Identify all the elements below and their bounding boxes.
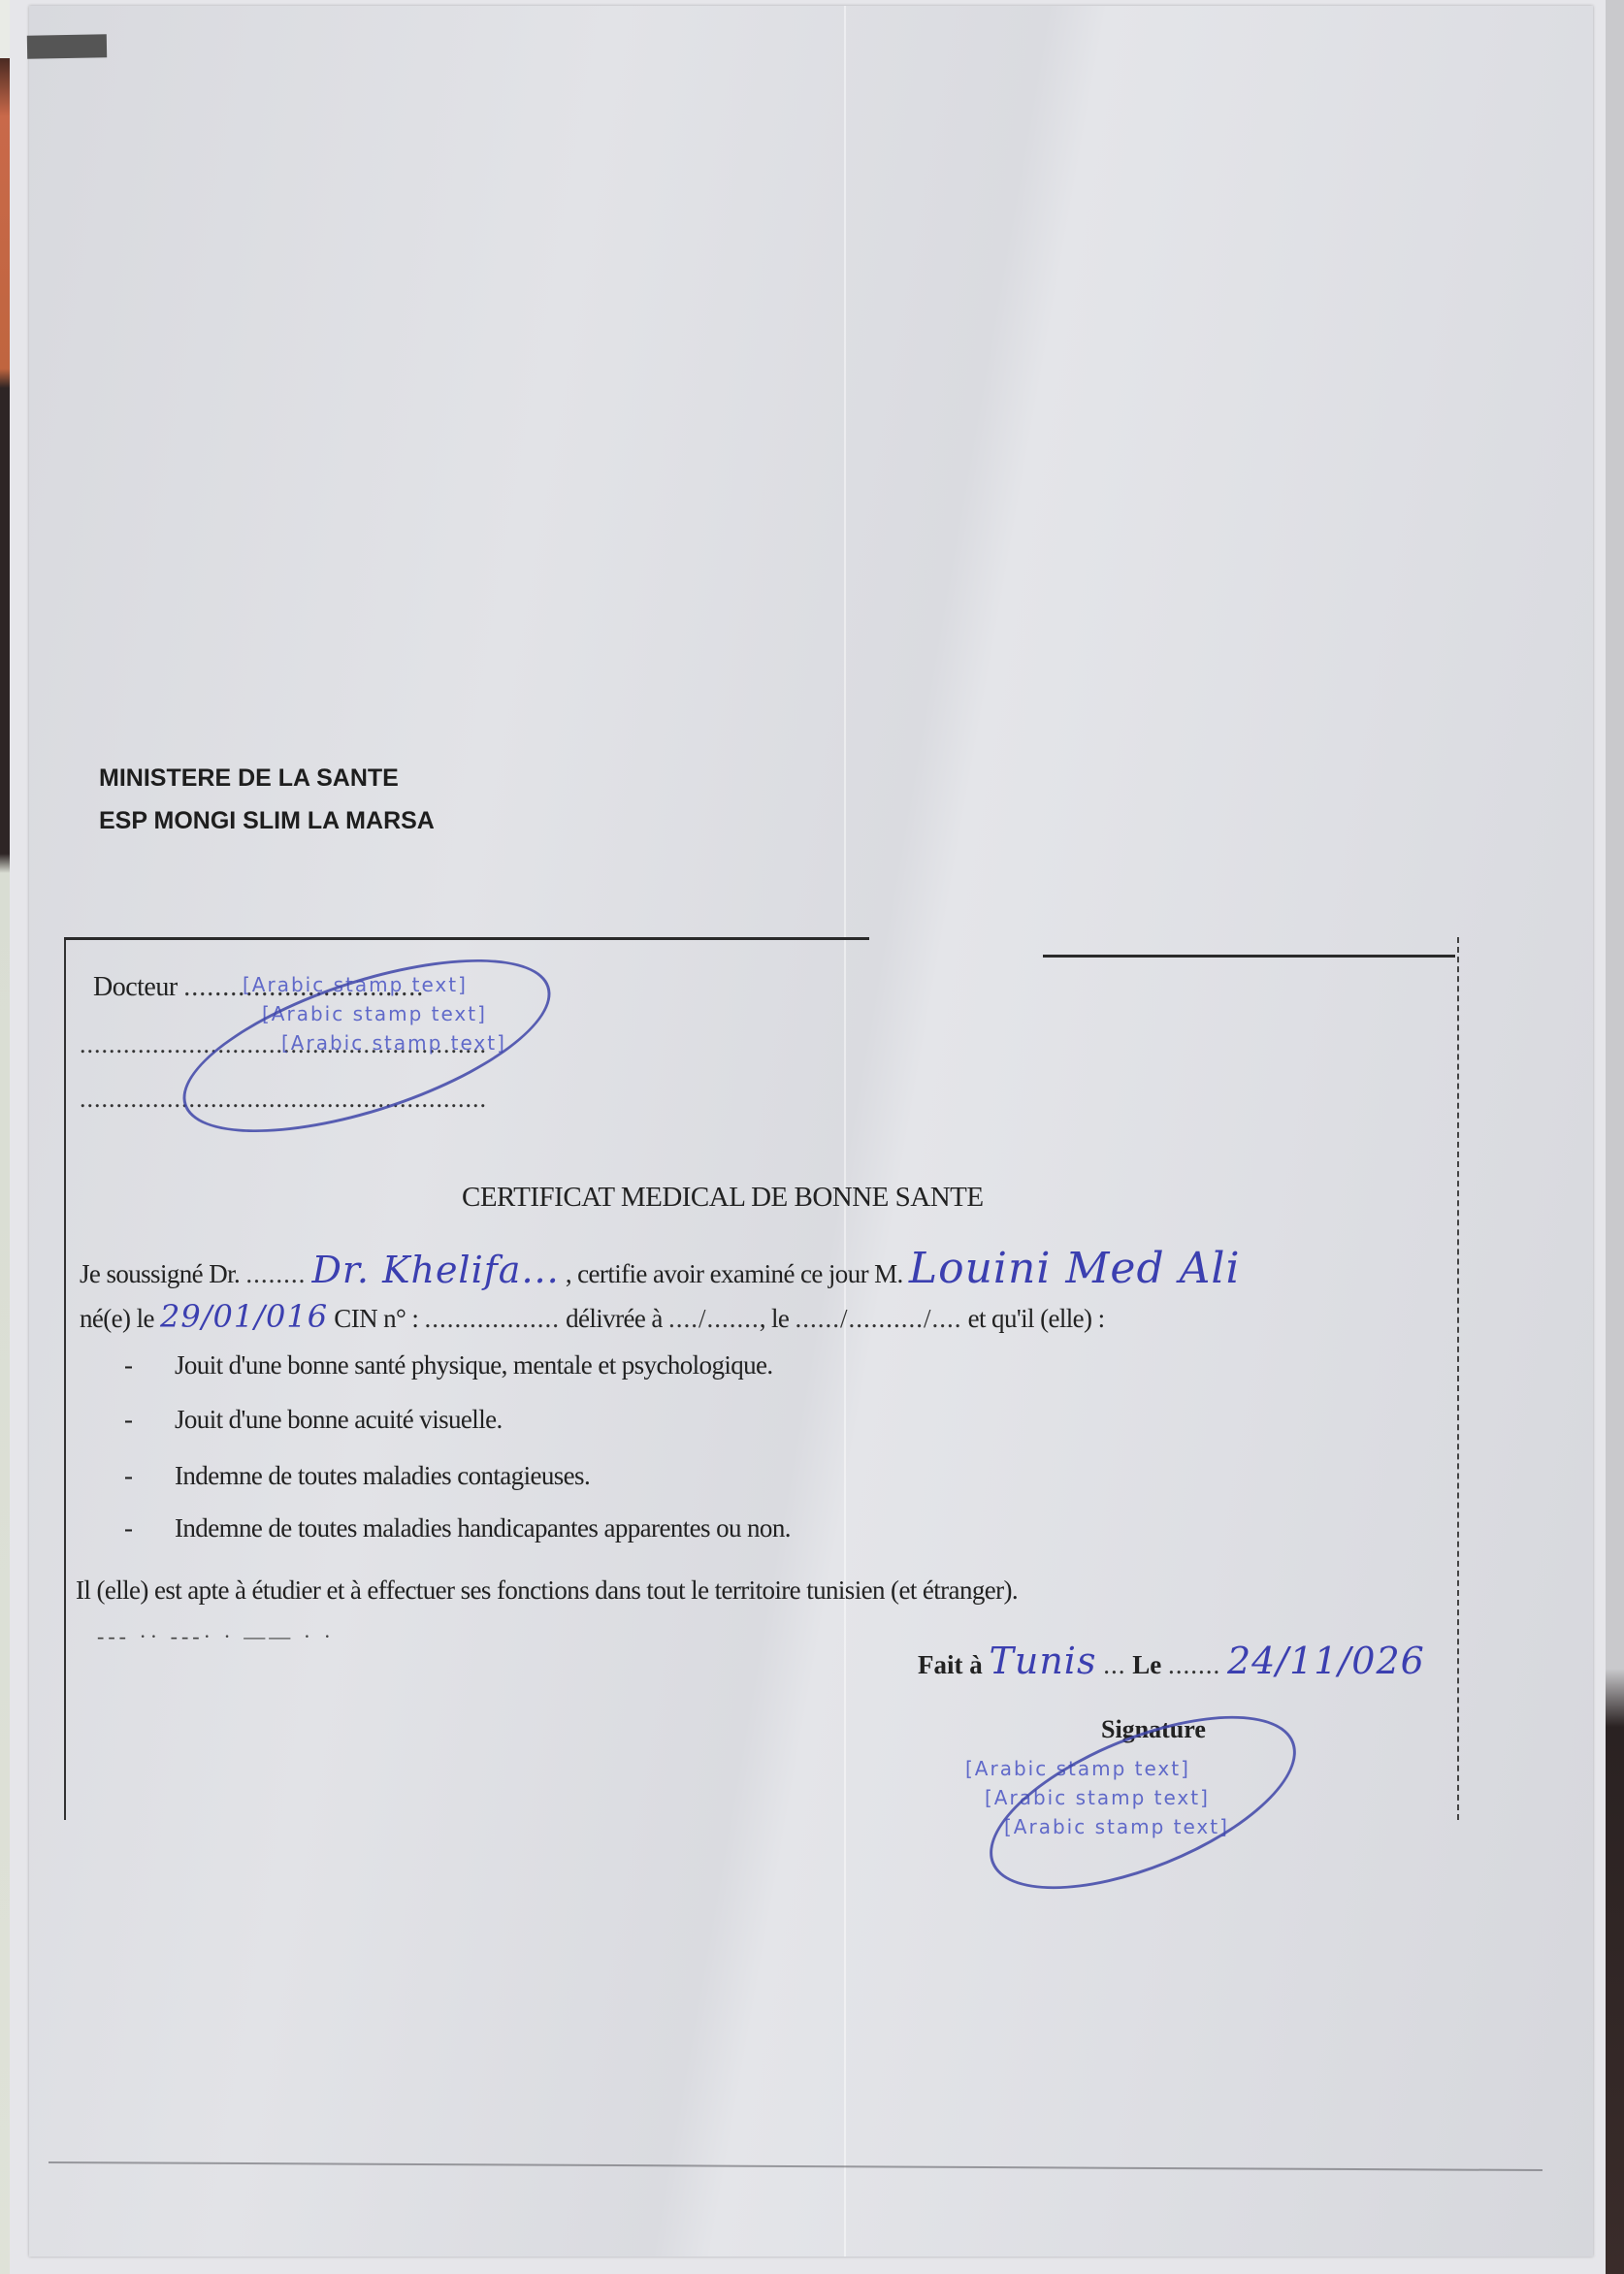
delivered-value: ..../....... [668, 1304, 760, 1333]
issuer-header: MINISTERE DE LA SANTE ESP MONGI SLIM LA … [99, 757, 435, 842]
declaration-suffix: et qu'il (elle) : [968, 1304, 1105, 1333]
delivered-label: délivrée à [566, 1304, 663, 1333]
dots-filler: ........ [245, 1259, 306, 1288]
issued-date-value: ....../........../.... [795, 1304, 961, 1333]
ministry-name: MINISTERE DE LA SANTE [99, 757, 435, 799]
declaration-line-1: Je soussigné Dr. ........ Dr. Khelifa...… [80, 1244, 1241, 1293]
place-label: Fait à [918, 1650, 983, 1679]
issued-date-label: , le [760, 1304, 790, 1333]
declaration-middle: , certifie avoir examiné ce jour M. [566, 1259, 903, 1288]
cin-label: CIN n° : [334, 1304, 418, 1333]
statement-item: -Jouit d'une bonne santé physique, menta… [124, 1350, 773, 1381]
declaration-line-2: né(e) le 29/01/016 CIN n° : ............… [80, 1298, 1104, 1335]
statement-text: Jouit d'une bonne santé physique, mental… [175, 1350, 773, 1380]
facility-name: ESP MONGI SLIM LA MARSA [99, 799, 435, 842]
place-date-line: Fait à Tunis ... Le ....... 24/11/026 [918, 1640, 1425, 1682]
aptitude-statement: Il (elle) est apte à étudier et à effect… [76, 1576, 1018, 1606]
bullet-dash: - [124, 1405, 175, 1435]
birth-date-handwritten: 29/01/016 [160, 1298, 328, 1335]
date-handwritten: 24/11/026 [1227, 1640, 1425, 1682]
doctor-name-handwritten: Dr. Khelifa... [311, 1249, 559, 1291]
statement-text: Jouit d'une bonne acuité visuelle. [175, 1405, 503, 1434]
dots-filler: ....... [1168, 1650, 1220, 1679]
frame-top-border-left [64, 937, 869, 940]
statement-text: Indemne de toutes maladies handicapantes… [175, 1513, 791, 1543]
place-handwritten: Tunis [990, 1640, 1097, 1682]
patient-name-handwritten: Louini Med Ali [909, 1244, 1241, 1293]
faint-print-dashes: --- ·· ---· · —— · · [97, 1624, 335, 1649]
statement-item: -Indemne de toutes maladies contagieuses… [124, 1461, 590, 1491]
dots-filler: ... [1103, 1650, 1125, 1679]
doctor-label: Docteur [93, 972, 178, 1002]
frame-top-border-right [1043, 955, 1455, 958]
printer-mark [27, 34, 107, 58]
statement-item: -Indemne de toutes maladies handicapante… [124, 1513, 791, 1543]
statement-text: Indemne de toutes maladies contagieuses. [175, 1461, 590, 1490]
bullet-dash: - [124, 1513, 175, 1543]
bullet-dash: - [124, 1350, 175, 1381]
birth-label: né(e) le [80, 1304, 154, 1333]
date-label: Le [1132, 1650, 1161, 1679]
statement-item: -Jouit d'une bonne acuité visuelle. [124, 1405, 503, 1435]
bullet-dash: - [124, 1461, 175, 1491]
cin-value: .................. [424, 1304, 560, 1333]
declaration-prefix: Je soussigné Dr. [80, 1259, 240, 1288]
certificate-title: CERTIFICAT MEDICAL DE BONNE SANTE [462, 1182, 984, 1214]
